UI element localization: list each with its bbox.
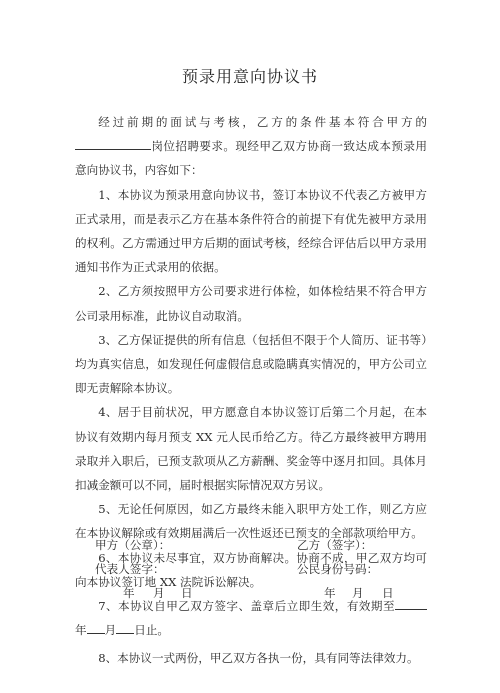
day-label: 日 bbox=[134, 623, 146, 637]
position-blank bbox=[75, 137, 151, 150]
party-a-date: 年月日 bbox=[95, 581, 193, 605]
intro-paragraph: 经过前期的面试与考核，乙方的条件基本符合甲方的岗位招聘要求。现经甲乙双方协商一致… bbox=[75, 110, 427, 183]
year-label: 年 bbox=[75, 623, 87, 637]
document-title: 预录用意向协议书 bbox=[0, 64, 500, 87]
party-b-date: 年月日 bbox=[297, 581, 394, 605]
clause-2: 2、乙方须按照甲方公司要求进行体检，如体检结果不符合甲方公司录用标准，此协议自动… bbox=[75, 279, 427, 327]
clause-1: 1、本协议为预录用意向协议书，签订本协议不代表乙方被甲方正式录用，而是表示乙方在… bbox=[75, 183, 427, 280]
party-b-id-label: 公民身份号码： bbox=[297, 557, 394, 581]
party-b-signature-block: 乙方（签字）： 公民身份号码： 年月日 bbox=[297, 533, 394, 605]
clause-3: 3、乙方保证提供的所有信息（包括但不限于个人简历、证书等）均为真实信息，如发现任… bbox=[75, 328, 427, 401]
party-b-day: 日 bbox=[382, 581, 394, 605]
party-b-month: 月 bbox=[352, 581, 382, 605]
party-a-day: 日 bbox=[181, 581, 193, 605]
party-a-rep-label: 代表人签字： bbox=[95, 557, 193, 581]
clause-8: 8、本协议一式两份，甲乙双方各执一份，具有同等法律效力。 bbox=[75, 646, 427, 670]
clause-7-end: 止。 bbox=[146, 623, 169, 637]
party-a-year: 年 bbox=[123, 581, 153, 605]
party-b-sign-label: 乙方（签字）： bbox=[297, 533, 394, 557]
month-label: 月 bbox=[105, 623, 117, 637]
day-blank bbox=[116, 621, 134, 634]
party-a-seal-label: 甲方（公章）： bbox=[95, 533, 193, 557]
party-a-signature-block: 甲方（公章）： 代表人签字： 年月日 bbox=[95, 533, 193, 605]
year-blank bbox=[395, 597, 427, 610]
clause-4: 4、居于目前状况，甲方愿意自本协议签订后第二个月起，在本协议有效期内每月预支 X… bbox=[75, 400, 427, 497]
party-b-year: 年 bbox=[324, 581, 352, 605]
intro-text-before: 经过前期的面试与考核，乙方的条件基本符合甲方的 bbox=[98, 115, 427, 129]
party-a-month: 月 bbox=[153, 581, 181, 605]
month-blank bbox=[87, 621, 105, 634]
